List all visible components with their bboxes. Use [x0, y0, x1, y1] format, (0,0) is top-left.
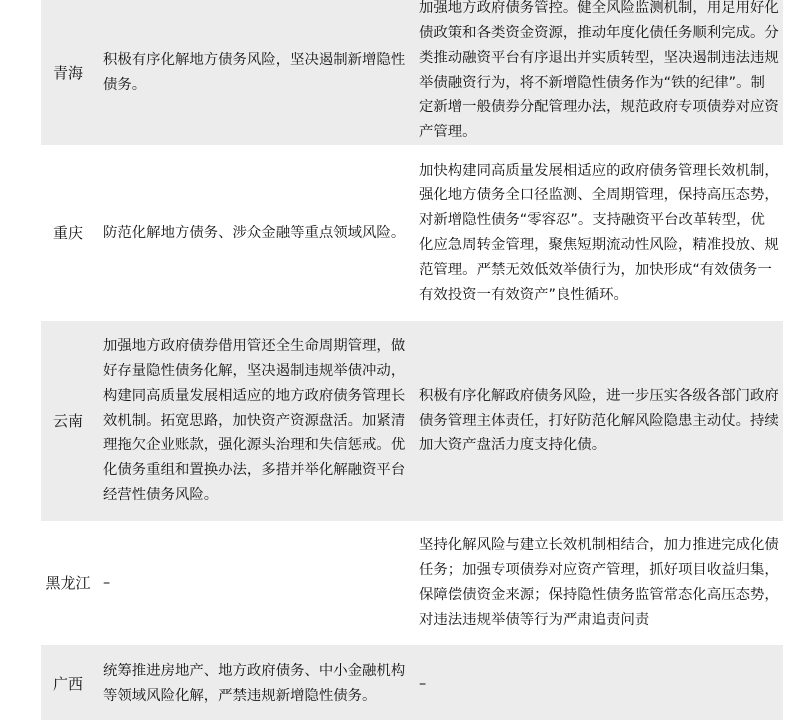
policy-cell-a: 加强地方政府债券借用管还全生命周期管理，做好存量隐性债务化解，坚决遏制违规举债冲… [95, 334, 413, 508]
debt-policy-table: 青海 积极有序化解地方债务风险，坚决遏制新增隐性债务。 加强地方政府债务管控。健… [41, 0, 783, 720]
policy-cell-a: – [95, 571, 413, 596]
province-cell: 云南 [41, 409, 95, 433]
province-cell: 黑龙江 [41, 571, 95, 595]
table-row-chongqing: 重庆 防范化解地方债务、涉众金融等重点领域风险。 加快构建同高质量发展相适应的政… [41, 145, 783, 321]
policy-cell-b: 加强地方政府债务管控。健全风险监测机制，用足用好化债政策和各类资金资源，推动年度… [413, 0, 783, 145]
policy-cell-b: 坚持化解风险与建立长效机制相结合，加力推进完成化债任务；加强专项债券对应资产管理… [413, 533, 783, 632]
province-cell: 广西 [41, 672, 95, 696]
table-row-qinghai: 青海 积极有序化解地方债务风险，坚决遏制新增隐性债务。 加强地方政府债务管控。健… [41, 0, 783, 145]
policy-cell-a: 积极有序化解地方债务风险，坚决遏制新增隐性债务。 [95, 48, 413, 98]
table-row-guangxi: 广西 统筹推进房地产、地方政府债务、中小金融机构等领域风险化解，严禁违规新增隐性… [41, 645, 783, 720]
table-row-yunnan: 云南 加强地方政府债券借用管还全生命周期管理，做好存量隐性债务化解，坚决遏制违规… [41, 321, 783, 521]
table-row-heilongjiang: 黑龙江 – 坚持化解风险与建立长效机制相结合，加力推进完成化债任务；加强专项债券… [41, 521, 783, 645]
province-cell: 青海 [41, 61, 95, 85]
policy-cell-b: 积极有序化解政府债务风险，进一步压实各级各部门政府债务管理主体责任，打好防范化解… [413, 384, 783, 458]
policy-cell-b: 加快构建同高质量发展相适应的政府债务管理长效机制，强化地方债务全口径监测、全周期… [413, 159, 783, 308]
policy-cell-a: 防范化解地方债务、涉众金融等重点领域风险。 [95, 221, 413, 246]
policy-cell-b: – [413, 672, 783, 697]
province-cell: 重庆 [41, 221, 95, 245]
policy-cell-a: 统筹推进房地产、地方政府债务、中小金融机构等领域风险化解，严禁违规新增隐性债务。 [95, 659, 413, 709]
